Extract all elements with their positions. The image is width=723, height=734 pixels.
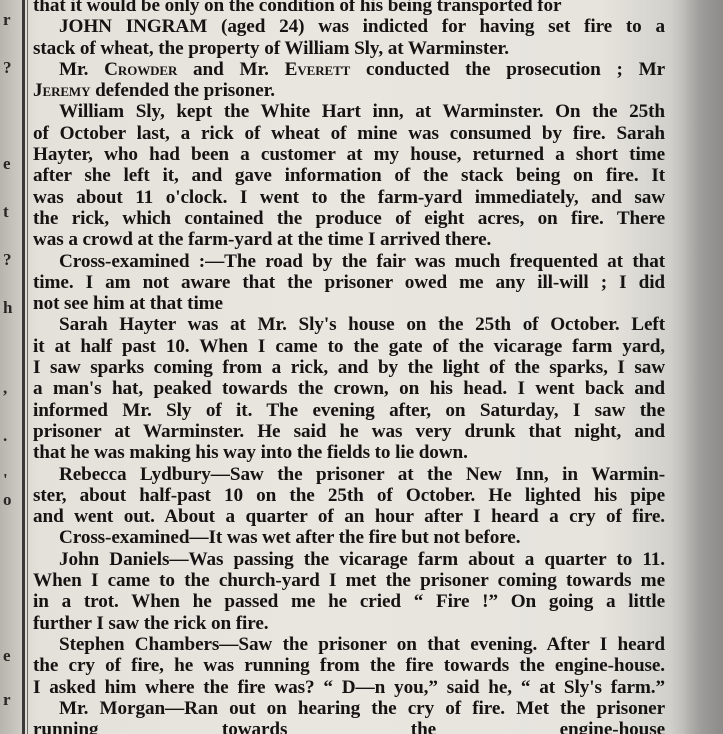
article-line: When I came to the church-yard I met the… [33, 570, 665, 591]
margin-fragment-glyph: t [3, 202, 19, 222]
article-line: Mr. Morgan—Ran out on hearing the cry of… [33, 698, 665, 719]
article-line: and went out. About a quarter of an hour… [33, 506, 665, 527]
margin-fragment-glyph: ? [3, 58, 19, 78]
article-line: time. I am not aware that the prisoner o… [33, 272, 665, 293]
margin-fragment-glyph: . [3, 426, 19, 446]
margin-fragment-glyph: r [3, 690, 19, 710]
margin-fragment-glyph: e [3, 154, 19, 174]
article-line: Hayter, who had been a customer at my ho… [33, 144, 665, 165]
margin-fragment-glyph: r [3, 10, 19, 30]
article-line: stack of wheat, the property of William … [33, 38, 665, 59]
article-line: I saw sparks coming from a rick, and by … [33, 357, 665, 378]
article-line: further I saw the rick on fire. [33, 613, 665, 634]
article-line: Sarah Hayter was at Mr. Sly's house on t… [33, 314, 665, 335]
article-line: running towards the engine-house [33, 719, 665, 734]
article-line: Cross-examined :—The road by the fair wa… [33, 251, 665, 272]
column-rule-thin [27, 0, 28, 734]
small-caps-name: Crowder [104, 59, 177, 80]
small-caps-name: Jeremy [33, 80, 90, 101]
article-line: prisoner at Warminster. He said he was v… [33, 421, 665, 442]
article-line: of October last, a rick of wheat of mine… [33, 123, 665, 144]
margin-fragment-glyph: ? [3, 250, 19, 270]
article-line: was a crowd at the farm-yard at the time… [33, 229, 665, 250]
article-line: the rick, which contained the produce of… [33, 208, 665, 229]
article-line: in a trot. When he passed me he cried “ … [33, 591, 665, 612]
page-edge-shadow [683, 0, 723, 734]
article-line: William Sly, kept the White Hart inn, at… [33, 101, 665, 122]
margin-fragment-glyph: h [3, 298, 19, 318]
article-line: not see him at that time [33, 293, 665, 314]
article-line: a man's hat, peaked towards the crown, o… [33, 378, 665, 399]
margin-fragment-glyph: ' [3, 470, 19, 490]
article-line: Jeremy defended the prisoner. [33, 80, 665, 101]
article-line: was about 11 o'clock. I went to the farm… [33, 187, 665, 208]
article-line: that he was making his way into the fiel… [33, 442, 665, 463]
margin-fragment-glyph: o [3, 490, 19, 510]
article-line: I asked him where the fire was? “ D—n yo… [33, 677, 665, 698]
column-rule [22, 0, 25, 734]
small-caps-name: Everett [285, 59, 351, 80]
article-line: the cry of fire, he was running from the… [33, 655, 665, 676]
article-line: ster, about half-past 10 on the 25th of … [33, 485, 665, 506]
margin-fragment-glyph: e [3, 646, 19, 666]
article-line: after she left it, and gave information … [33, 165, 665, 186]
article-line: that it would be only on the condition o… [33, 0, 665, 16]
article-line: it at half past 10. When I came to the g… [33, 336, 665, 357]
adjacent-column-fragment: r?et?h,.'oer [0, 0, 22, 734]
article-line: informed Mr. Sly of it. The evening afte… [33, 400, 665, 421]
article-line: Mr. Crowder and Mr. Everett conducted th… [33, 59, 665, 80]
article-column: that it would be only on the condition o… [33, 0, 665, 734]
article-line: Rebecca Lydbury—Saw the prisoner at the … [33, 464, 665, 485]
article-line: JOHN INGRAM (aged 24) was indicted for h… [33, 16, 665, 37]
article-line: Cross-examined—It was wet after the fire… [33, 527, 665, 548]
margin-fragment-glyph: , [3, 378, 19, 398]
article-line: John Daniels—Was passing the vicarage fa… [33, 549, 665, 570]
article-line: Stephen Chambers—Saw the prisoner on tha… [33, 634, 665, 655]
